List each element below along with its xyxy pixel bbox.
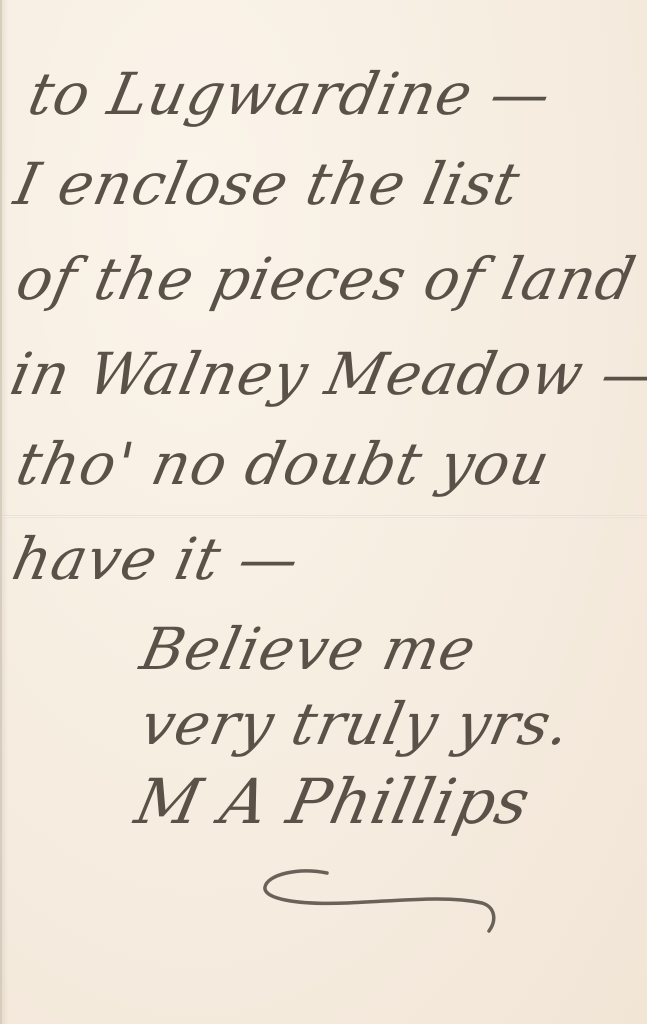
letter-line-2: I enclose the list: [9, 150, 527, 218]
letter-page: to Lugwardine — I enclose the list of th…: [0, 0, 647, 1024]
signature: M A Phillips: [129, 765, 537, 838]
paper-fold-crease: [2, 515, 647, 518]
signature-flourish-icon: [257, 865, 502, 935]
letter-line-3: of the pieces of land: [11, 245, 642, 313]
letter-line-6: have it —: [7, 525, 306, 593]
letter-line-5: tho' no doubt you: [11, 430, 556, 498]
letter-line-4: in Walney Meadow —: [5, 340, 647, 408]
closing-line-2: very truly yrs.: [135, 690, 577, 758]
closing-line-1: Believe me: [135, 615, 483, 683]
letter-line-1: to Lugwardine —: [23, 60, 558, 128]
